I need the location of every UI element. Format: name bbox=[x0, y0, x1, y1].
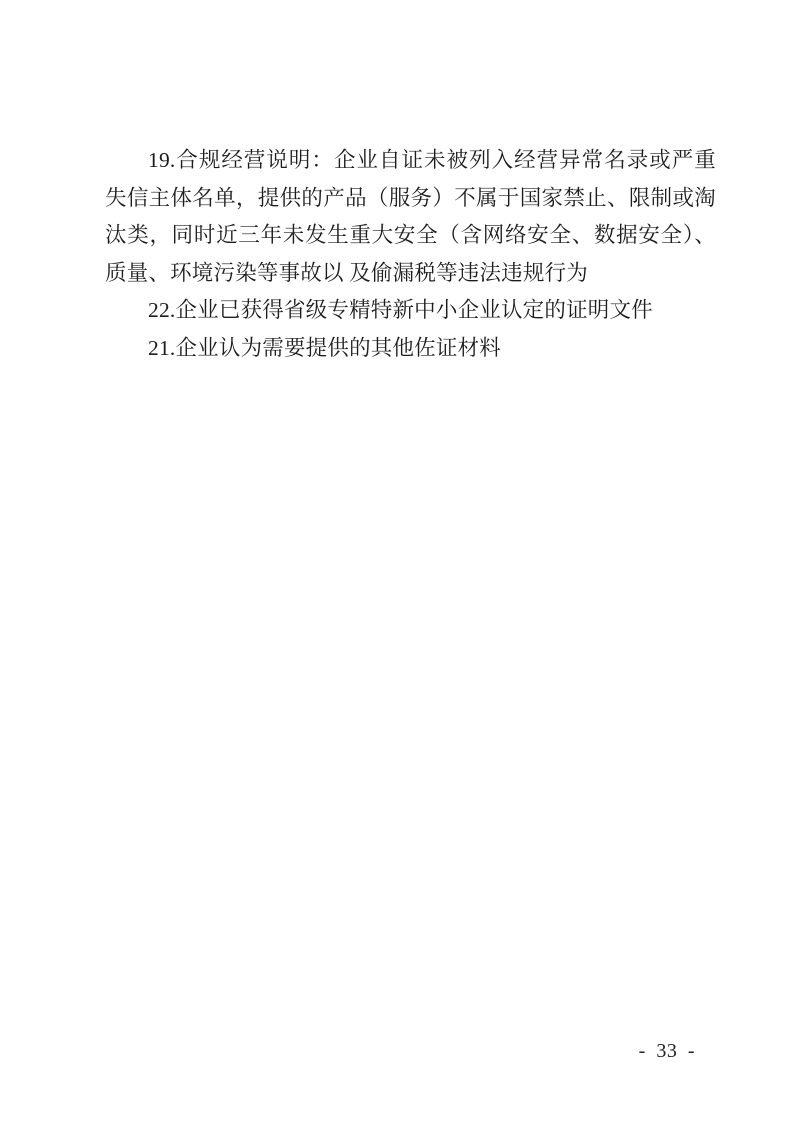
paragraph-line: 汰类，同时近三年未发生重大安全（含网络安全、数据安全）、 bbox=[105, 217, 716, 255]
document-page: 19.合规经营说明：企业自证未被列入经营异常名录或严重 失信主体名单，提供的产品… bbox=[0, 0, 793, 1122]
page-number: - 33 - bbox=[639, 1038, 695, 1064]
paragraph-line: 失信主体名单，提供的产品（服务）不属于国家禁止、限制或淘 bbox=[105, 180, 716, 218]
paragraph-line: 21.企业认为需要提供的其他佐证材料 bbox=[105, 330, 716, 368]
paragraph-line: 22.企业已获得省级专精特新中小企业认定的证明文件 bbox=[105, 292, 716, 330]
document-body: 19.合规经营说明：企业自证未被列入经营异常名录或严重 失信主体名单，提供的产品… bbox=[105, 142, 716, 368]
paragraph-line: 质量、环境污染等事故以 及偷漏税等违法违规行为 bbox=[105, 255, 716, 293]
paragraph-line: 19.合规经营说明：企业自证未被列入经营异常名录或严重 bbox=[105, 142, 716, 180]
